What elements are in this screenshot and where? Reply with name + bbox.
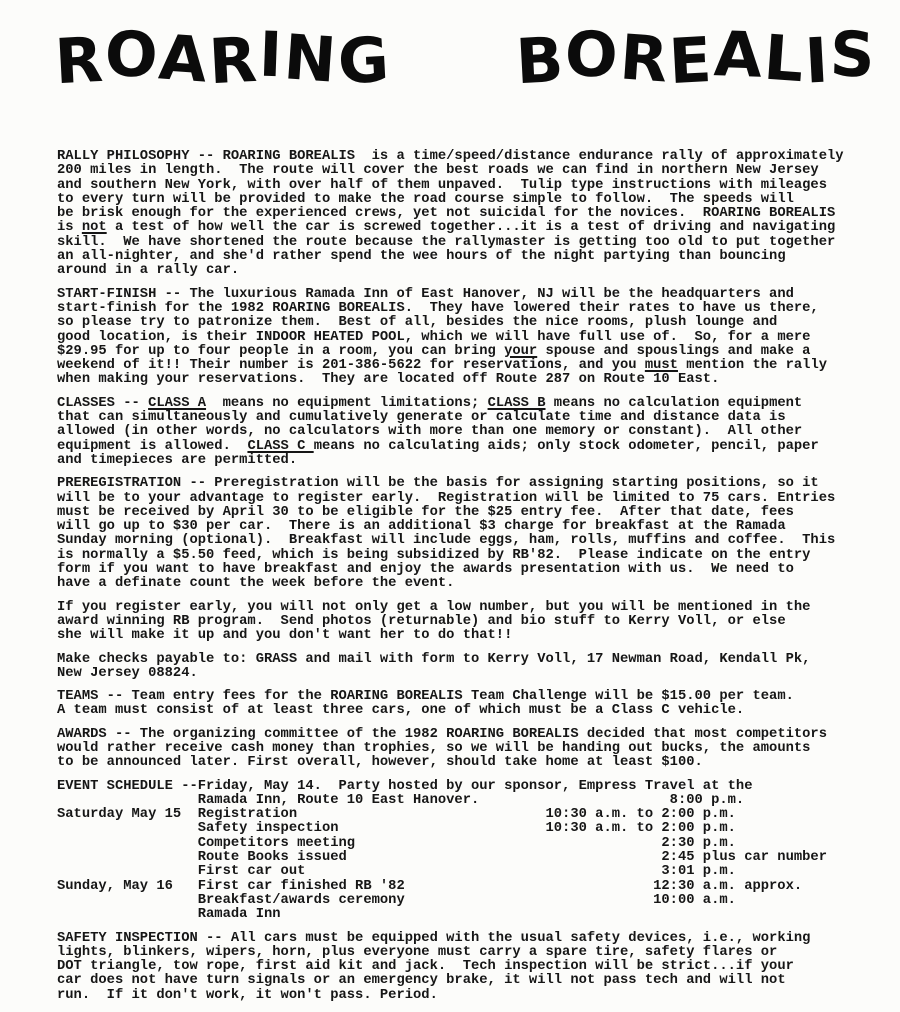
schedule-day: Sunday, May 16 — [57, 880, 198, 894]
schedule-time: 3:01 p.m. — [545, 865, 735, 879]
schedule-row: First car out 3:01 p.m. — [57, 865, 900, 879]
paragraph-preregistration: PREREGISTRATION -- Preregistration will … — [57, 477, 900, 591]
schedule-event: First car finished RB '82 — [198, 880, 546, 894]
paragraph-register-early: If you register early, you will not only… — [57, 601, 900, 644]
schedule-time: 8:00 p.m. — [545, 794, 744, 808]
schedule-time: 12:30 a.m. approx. — [545, 880, 802, 894]
schedule-event: Safety inspection — [198, 822, 546, 836]
schedule-row: Ramada Inn — [57, 908, 900, 922]
schedule-day — [57, 865, 198, 879]
schedule-event: Competitors meeting — [198, 837, 546, 851]
schedule-time: 10:00 a.m. — [545, 894, 735, 908]
schedule-time: 2:45 plus car number — [545, 851, 827, 865]
schedule-row: Competitors meeting 2:30 p.m. — [57, 837, 900, 851]
title-word-borealis: BOREALIS — [516, 28, 877, 88]
schedule-day — [57, 851, 198, 865]
schedule-time: 10:30 a.m. to 2:00 p.m. — [545, 808, 735, 822]
schedule-row: EVENT SCHEDULE -- Friday, May 14. Party … — [57, 780, 900, 794]
schedule-row: Sunday, May 16 First car finished RB '82… — [57, 880, 900, 894]
document-body: RALLY PHILOSOPHY -- ROARING BOREALIS is … — [57, 150, 900, 1003]
schedule-row: Ramada Inn, Route 10 East Hanover. 8:00 … — [57, 794, 900, 808]
schedule-day — [57, 894, 198, 908]
schedule-day: Saturday May 15 — [57, 808, 198, 822]
event-schedule: EVENT SCHEDULE -- Friday, May 14. Party … — [57, 780, 900, 923]
paragraph-rally-philosophy: RALLY PHILOSOPHY -- ROARING BOREALIS is … — [57, 150, 900, 279]
schedule-row: Saturday May 15 Registration 10:30 a.m. … — [57, 808, 900, 822]
schedule-time: 10:30 a.m. to 2:00 p.m. — [545, 822, 735, 836]
schedule-day — [57, 822, 198, 836]
paragraph-classes: CLASSES -- CLASS A means no equipment li… — [57, 397, 900, 468]
paragraph-make-checks: Make checks payable to: GRASS and mail w… — [57, 653, 900, 682]
page-title: ROARING BOREALIS — [55, 28, 877, 88]
paragraph-awards: AWARDS -- The organizing committee of th… — [57, 728, 900, 771]
paragraph-start-finish: START-FINISH -- The luxurious Ramada Inn… — [57, 288, 900, 388]
schedule-day: EVENT SCHEDULE -- — [57, 780, 198, 794]
paragraph-teams: TEAMS -- Team entry fees for the ROARING… — [57, 690, 900, 719]
schedule-row: Safety inspection 10:30 a.m. to 2:00 p.m… — [57, 822, 900, 836]
schedule-event: First car out — [198, 865, 546, 879]
paragraph-safety-inspection: SAFETY INSPECTION -- All cars must be eq… — [57, 932, 900, 1003]
title-word-roaring: ROARING — [55, 28, 391, 88]
schedule-day — [57, 908, 198, 922]
schedule-day — [57, 837, 198, 851]
schedule-row: Route Books issued 2:45 plus car number — [57, 851, 900, 865]
schedule-event: Friday, May 14. Party hosted by our spon… — [198, 780, 546, 794]
schedule-row: Breakfast/awards ceremony 10:00 a.m. — [57, 894, 900, 908]
schedule-event: Ramada Inn — [198, 908, 546, 922]
schedule-time: 2:30 p.m. — [545, 837, 735, 851]
